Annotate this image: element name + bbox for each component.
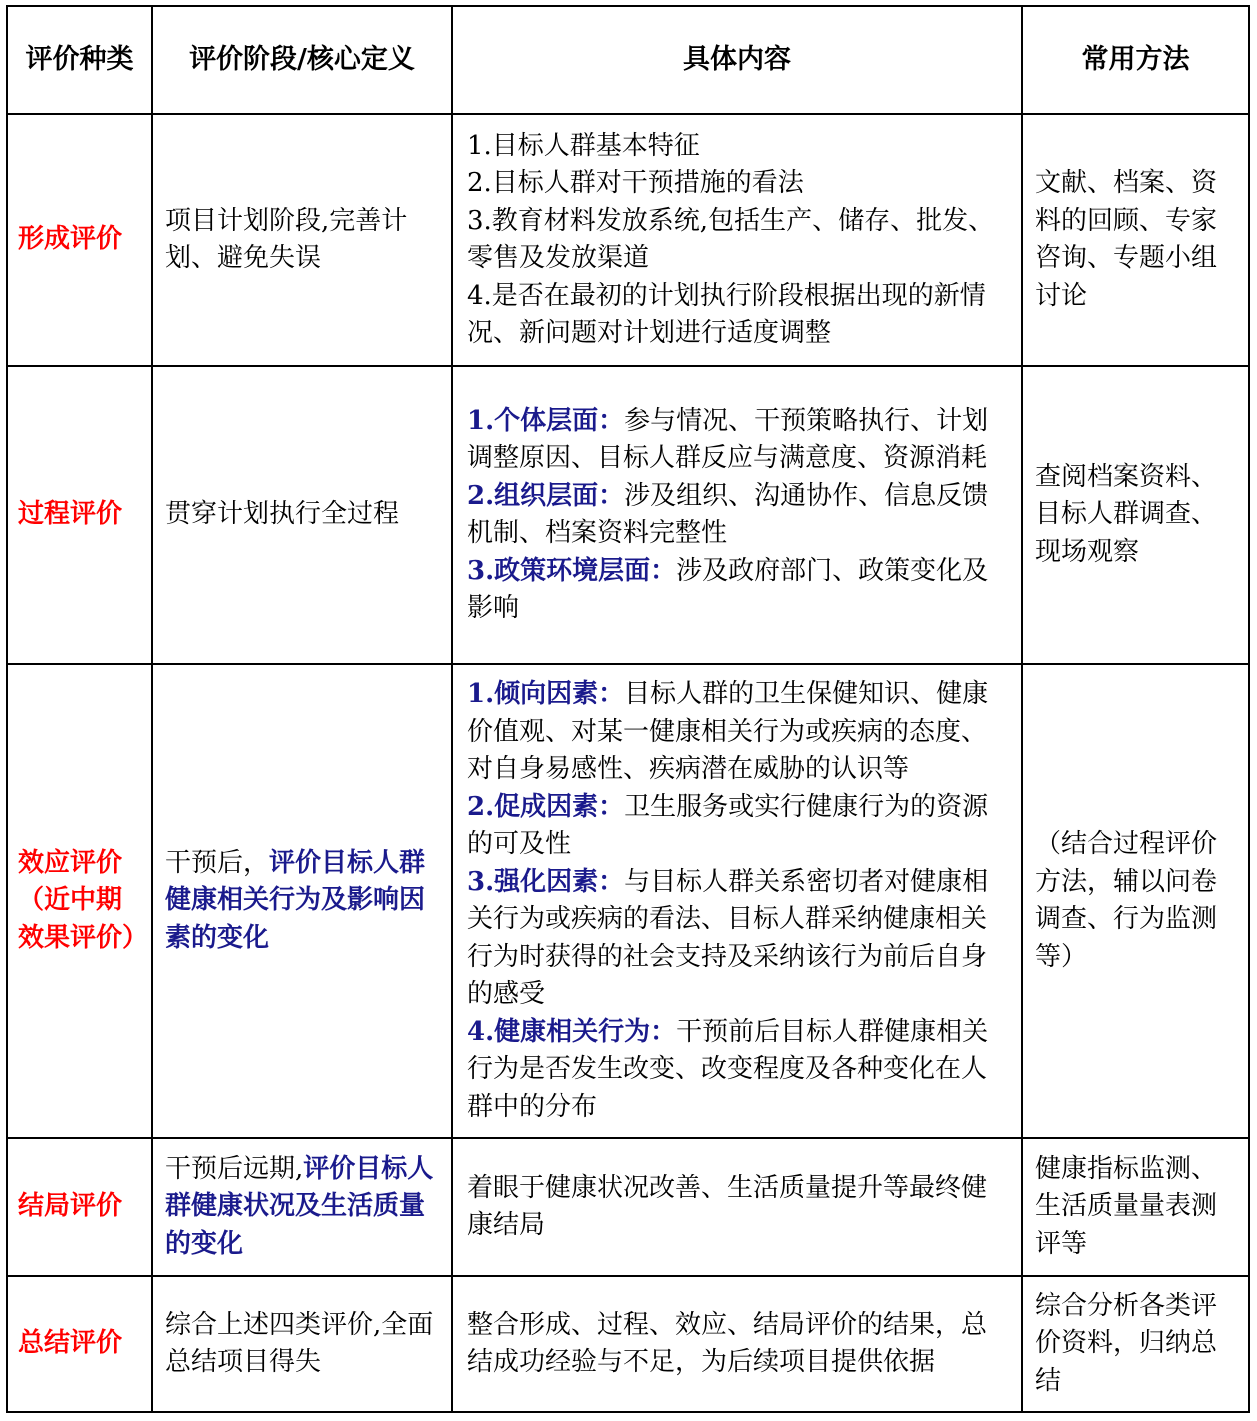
content-item: 1.倾向因素：目标人群的卫生保健知识、健康价值观、对某一健康相关行为或疾病的态度… <box>467 676 1009 789</box>
type-cell: 效应评价（近中期效果评价） <box>7 664 152 1138</box>
header-methods: 常用方法 <box>1022 6 1249 114</box>
header-definition: 评价阶段/核心定义 <box>152 6 452 114</box>
type-cell: 总结评价 <box>7 1276 152 1412</box>
methods-cell: 文献、档案、资料的回顾、专家咨询、专题小组讨论 <box>1022 114 1249 366</box>
definition-cell: 综合上述四类评价,全面总结项目得失 <box>152 1276 452 1412</box>
content-cell: 1.个体层面：参与情况、干预策略执行、计划调整原因、目标人群反应与满意度、资源消… <box>452 366 1022 664</box>
table-row: 形成评价 项目计划阶段,完善计划、避免失误 1.目标人群基本特征 2.目标人群对… <box>7 114 1249 366</box>
definition-text: 综合上述四类评价,全面总结项目得失 <box>165 1310 433 1378</box>
type-cell: 结局评价 <box>7 1138 152 1276</box>
definition-cell: 干预后，评价目标人群健康相关行为及影响因素的变化 <box>152 664 452 1138</box>
definition-cell: 项目计划阶段,完善计划、避免失误 <box>152 114 452 366</box>
methods-cell: 健康指标监测、生活质量量表测评等 <box>1022 1138 1249 1276</box>
header-type: 评价种类 <box>7 6 152 114</box>
content-cell: 1.目标人群基本特征 2.目标人群对干预措施的看法 3.教育材料发放系统,包括生… <box>452 114 1022 366</box>
evaluation-table: 评价种类 评价阶段/核心定义 具体内容 常用方法 形成评价 项目计划阶段,完善计… <box>6 5 1250 1413</box>
content-cell: 1.倾向因素：目标人群的卫生保健知识、健康价值观、对某一健康相关行为或疾病的态度… <box>452 664 1022 1138</box>
content-cell: 着眼于健康状况改善、生活质量提升等最终健康结局 <box>452 1138 1022 1276</box>
definition-text: 干预后远期, <box>165 1154 303 1184</box>
content-label: 2.组织层面： <box>467 481 624 511</box>
content-item: 整合形成、过程、效应、结局评价的结果，总结成功经验与不足，为后续项目提供依据 <box>467 1307 1009 1382</box>
definition-cell: 干预后远期,评价目标人群健康状况及生活质量的变化 <box>152 1138 452 1276</box>
content-item: 1.目标人群基本特征 <box>467 128 1009 166</box>
content-item: 4.是否在最初的计划执行阶段根据出现的新情况、新问题对计划进行适度调整 <box>467 278 1009 353</box>
content-label: 4.健康相关行为： <box>467 1017 676 1047</box>
content-item: 3.强化因素：与目标人群关系密切者对健康相关行为或疾病的看法、目标人群采纳健康相… <box>467 864 1009 1014</box>
header-row: 评价种类 评价阶段/核心定义 具体内容 常用方法 <box>7 6 1249 114</box>
content-item: 2.促成因素：卫生服务或实行健康行为的资源的可及性 <box>467 789 1009 864</box>
type-cell: 过程评价 <box>7 366 152 664</box>
content-label: 3.政策环境层面： <box>467 556 676 586</box>
content-item: 2.目标人群对干预措施的看法 <box>467 165 1009 203</box>
content-item: 3.政策环境层面：涉及政府部门、政策变化及影响 <box>467 553 1009 628</box>
methods-cell: 查阅档案资料、目标人群调查、现场观察 <box>1022 366 1249 664</box>
content-label: 1.倾向因素： <box>467 679 624 709</box>
content-item: 1.个体层面：参与情况、干预策略执行、计划调整原因、目标人群反应与满意度、资源消… <box>467 403 1009 478</box>
definition-text: 项目计划阶段,完善计划、避免失误 <box>165 206 407 274</box>
table-row: 效应评价（近中期效果评价） 干预后，评价目标人群健康相关行为及影响因素的变化 1… <box>7 664 1249 1138</box>
methods-cell: 综合分析各类评价资料，归纳总结 <box>1022 1276 1249 1412</box>
content-label: 1.个体层面： <box>467 406 624 436</box>
table-row: 结局评价 干预后远期,评价目标人群健康状况及生活质量的变化 着眼于健康状况改善、… <box>7 1138 1249 1276</box>
content-item: 2.组织层面：涉及组织、沟通协作、信息反馈机制、档案资料完整性 <box>467 478 1009 553</box>
definition-cell: 贯穿计划执行全过程 <box>152 366 452 664</box>
content-cell: 整合形成、过程、效应、结局评价的结果，总结成功经验与不足，为后续项目提供依据 <box>452 1276 1022 1412</box>
content-item: 着眼于健康状况改善、生活质量提升等最终健康结局 <box>467 1170 1009 1245</box>
table-row: 过程评价 贯穿计划执行全过程 1.个体层面：参与情况、干预策略执行、计划调整原因… <box>7 366 1249 664</box>
methods-cell: （结合过程评价方法，辅以问卷调查、行为监测等） <box>1022 664 1249 1138</box>
header-content: 具体内容 <box>452 6 1022 114</box>
content-item: 4.健康相关行为：干预前后目标人群健康相关行为是否发生改变、改变程度及各种变化在… <box>467 1014 1009 1127</box>
table-row: 总结评价 综合上述四类评价,全面总结项目得失 整合形成、过程、效应、结局评价的结… <box>7 1276 1249 1412</box>
definition-text: 贯穿计划执行全过程 <box>165 499 399 529</box>
content-item: 3.教育材料发放系统,包括生产、储存、批发、零售及发放渠道 <box>467 203 1009 278</box>
type-cell: 形成评价 <box>7 114 152 366</box>
definition-text: 干预后， <box>165 848 269 878</box>
content-label: 2.促成因素： <box>467 792 624 822</box>
content-label: 3.强化因素： <box>467 867 624 897</box>
